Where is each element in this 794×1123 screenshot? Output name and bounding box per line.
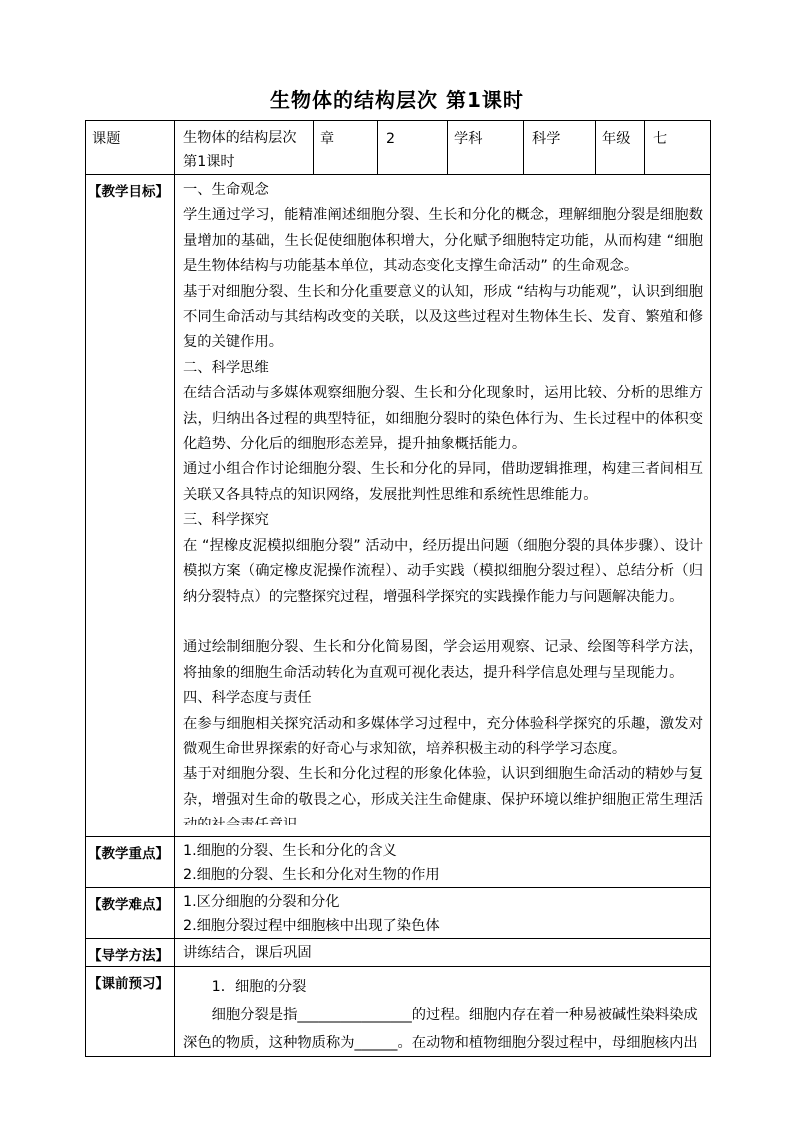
subject-value-cell: 科学 (524, 121, 596, 175)
objectives-label-cell: 【教学目标】 (86, 175, 175, 837)
objectives-paragraph: 学生通过学习，能精准阐述细胞分裂、生长和分化的概念，理解细胞分裂是细胞数量增加的… (183, 203, 703, 279)
objectives-paragraph: 在参与细胞相关探究活动和多媒体学习过程中，充分体验科学探究的乐趣，激发对微观生命… (183, 712, 703, 763)
grade-value-cell: 七 (645, 121, 711, 175)
objectives-paragraph: 四、科学态度与责任 (183, 686, 703, 711)
subject-label-cell: 学科 (448, 121, 524, 175)
difficulties-label-cell: 【教学难点】 (86, 888, 175, 939)
topic-label-cell: 课题 (86, 121, 175, 175)
difficulty-line: 2.细胞分裂过程中细胞核中出现了染色体 (183, 914, 703, 938)
objectives-paragraph: 在 “捏橡皮泥模拟细胞分裂” 活动中，经历提出问题（细胞分裂的具体步骤）、设计模… (183, 534, 703, 610)
objectives-paragraph: 三、科学探究 (183, 508, 703, 533)
objectives-paragraph-blank (183, 610, 703, 635)
key-points-row: 【教学重点】 1.细胞的分裂、生长和分化的含义 2.细胞的分裂、生长和分化对生物… (86, 837, 711, 888)
topic-value-cell: 生物体的结构层次第1课时 (175, 121, 314, 175)
objectives-paragraph: 二、科学思维 (183, 356, 703, 381)
objectives-text: 一、生命观念 学生通过学习，能精准阐述细胞分裂、生长和分化的概念，理解细胞分裂是… (175, 175, 710, 825)
lesson-plan-table: 课题 生物体的结构层次第1课时 章 2 学科 科学 年级 七 【教学目标】 一、… (85, 120, 711, 1057)
key-point-line: 2.细胞的分裂、生长和分化对生物的作用 (183, 863, 703, 887)
key-points-content-cell: 1.细胞的分裂、生长和分化的含义 2.细胞的分裂、生长和分化对生物的作用 (175, 837, 711, 888)
chapter-label-cell: 章 (314, 121, 378, 175)
objectives-paragraph: 一、生命观念 (183, 178, 703, 203)
preview-line: 细胞分裂是指________________的过程。细胞内存在着一种易被碱性染料… (183, 1001, 703, 1053)
method-label-cell: 【导学方法】 (86, 939, 175, 967)
key-point-line: 1.细胞的分裂、生长和分化的含义 (183, 839, 703, 863)
page-title: 生物体的结构层次 第1课时 (0, 84, 794, 113)
method-text: 讲练结合，课后巩固 (175, 939, 710, 964)
topic-value: 生物体的结构层次第1课时 (175, 121, 313, 174)
objectives-paragraph: 基于对细胞分裂、生长和分化重要意义的认知，形成 “结构与功能观”，认识到细胞不同… (183, 280, 703, 356)
difficulty-line: 1.区分细胞的分裂和分化 (183, 890, 703, 914)
objectives-content-cell: 一、生命观念 学生通过学习，能精准阐述细胞分裂、生长和分化的概念，理解细胞分裂是… (175, 175, 711, 837)
chapter-value-cell: 2 (378, 121, 448, 175)
preview-label-cell: 【课前预习】 (86, 967, 175, 1057)
objectives-row: 【教学目标】 一、生命观念 学生通过学习，能精准阐述细胞分裂、生长和分化的概念，… (86, 175, 711, 837)
difficulties-row: 【教学难点】 1.区分细胞的分裂和分化 2.细胞分裂过程中细胞核中出现了染色体 (86, 888, 711, 939)
preview-content-cell: 1．细胞的分裂 细胞分裂是指________________的过程。细胞内存在着… (175, 967, 711, 1057)
method-content-cell: 讲练结合，课后巩固 (175, 939, 711, 967)
header-row: 课题 生物体的结构层次第1课时 章 2 学科 科学 年级 七 (86, 121, 711, 175)
objectives-paragraph: 在结合活动与多媒体观察细胞分裂、生长和分化现象时，运用比较、分析的思维方法，归纳… (183, 381, 703, 457)
preview-line: 1．细胞的分裂 (183, 973, 703, 1001)
preview-row: 【课前预习】 1．细胞的分裂 细胞分裂是指________________的过程… (86, 967, 711, 1057)
preview-text: 1．细胞的分裂 细胞分裂是指________________的过程。细胞内存在着… (175, 967, 710, 1053)
objectives-paragraph: 通过小组合作讨论细胞分裂、生长和分化的异同，借助逻辑推理，构建三者间相互关联又各… (183, 457, 703, 508)
document-page: 生物体的结构层次 第1课时 课题 生物体的结构层次第1课时 章 2 学科 科学 … (0, 0, 794, 1123)
objectives-paragraph: 基于对细胞分裂、生长和分化过程的形象化体验，认识到细胞生命活动的精妙与复杂，增强… (183, 762, 703, 825)
grade-label-cell: 年级 (596, 121, 645, 175)
key-points-label-cell: 【教学重点】 (86, 837, 175, 888)
difficulties-content-cell: 1.区分细胞的分裂和分化 2.细胞分裂过程中细胞核中出现了染色体 (175, 888, 711, 939)
objectives-paragraph: 通过绘制细胞分裂、生长和分化简易图，学会运用观察、记录、绘图等科学方法，将抽象的… (183, 635, 703, 686)
method-row: 【导学方法】 讲练结合，课后巩固 (86, 939, 711, 967)
